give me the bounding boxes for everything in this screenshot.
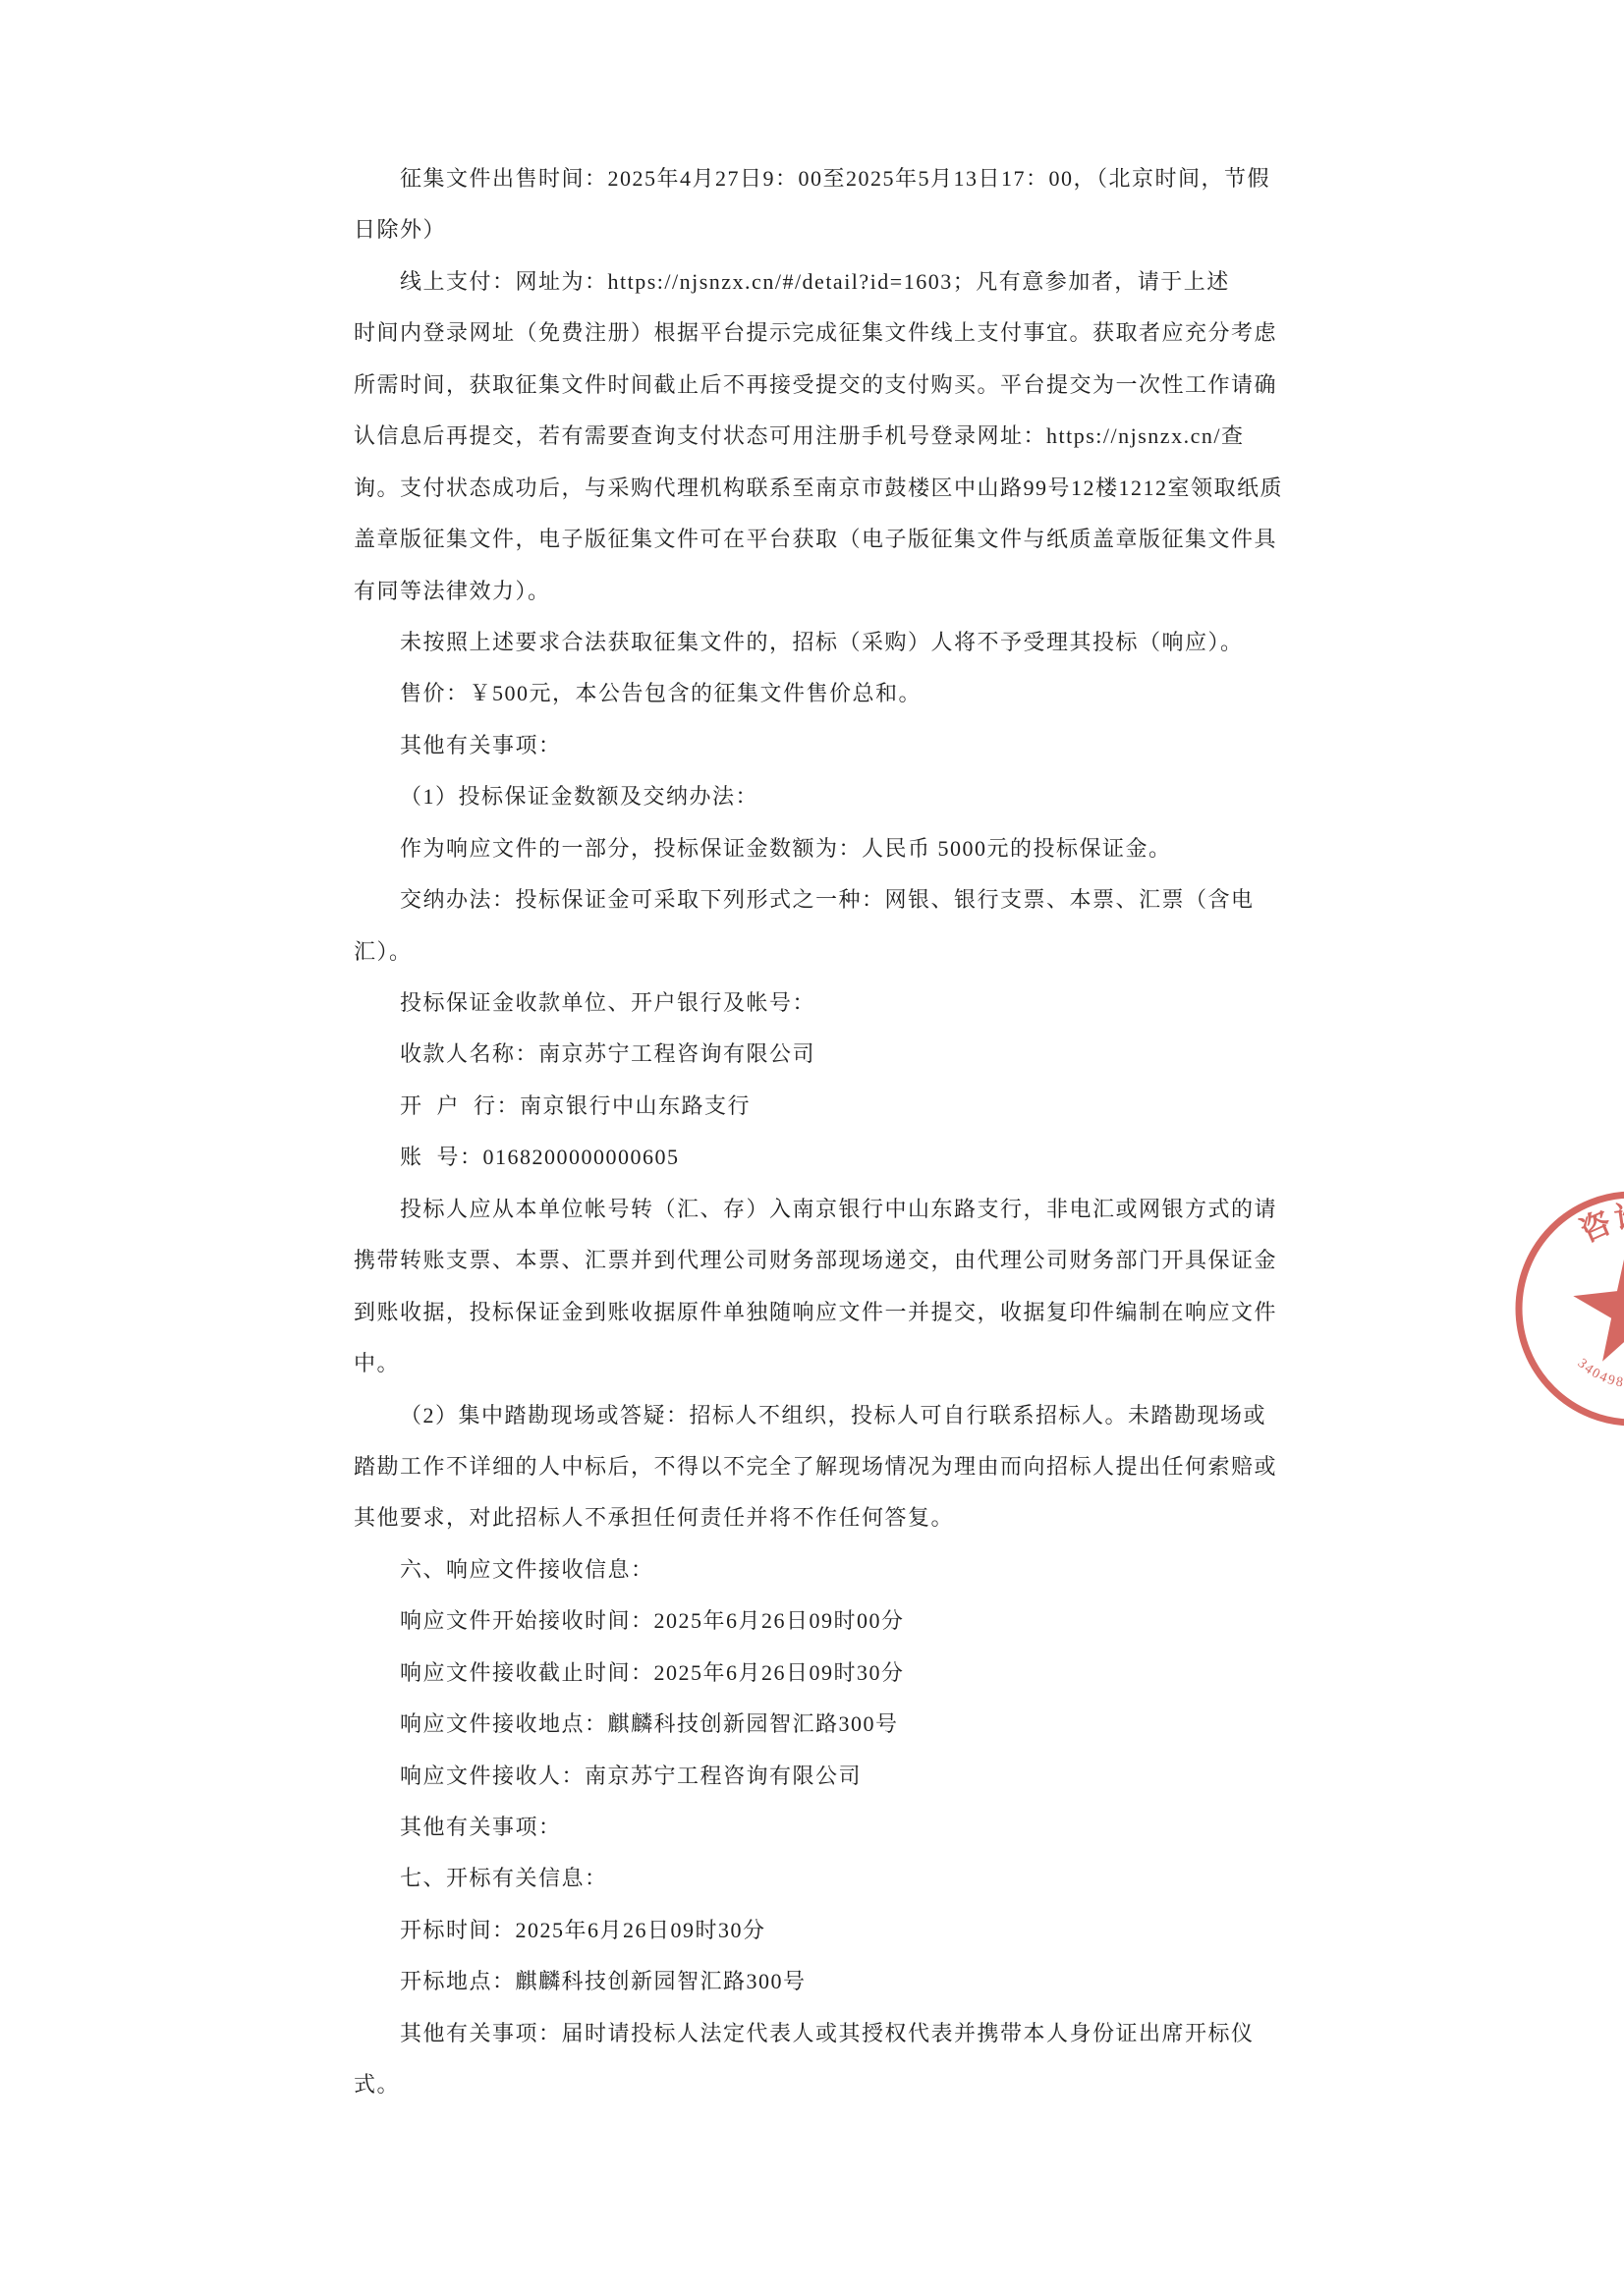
text-line: 汇）。 [354,926,1294,978]
text-line: 其他要求，对此招标人不承担任何责任并将不作任何答复。 [354,1492,1294,1543]
text-line: 到账收据，投标保证金到账收据原件单独随响应文件一并提交，收据复印件编制在响应文件 [354,1287,1294,1338]
text-line: 询。支付状态成功后，与采购代理机构联系至南京市鼓楼区中山路99号12楼1212室… [354,463,1294,514]
text-line: 线上支付：网址为：https://njsnzx.cn/#/detail?id=1… [354,256,1294,308]
text-line: （1）投标保证金数额及交纳办法： [354,771,1294,822]
text-line: 式。 [354,2059,1294,2110]
text-line: 售价：￥500元，本公告包含的征集文件售价总和。 [354,668,1294,719]
text-line: 作为响应文件的一部分，投标保证金数额为：人民币 5000元的投标保证金。 [354,823,1294,874]
seal-serial-number: 340498 [1575,1356,1624,1390]
company-seal-stamp: 咨 询 340498 [1467,1169,1624,1464]
text-line: （2）集中踏勘现场或答疑：招标人不组织，投标人可自行联系招标人。未踏勘现场或 [354,1390,1294,1441]
text-line: 中。 [354,1338,1294,1389]
seal-arc-character: 咨 [1575,1204,1617,1249]
seal-arc-character-partial: 询 [1612,1198,1624,1236]
text-line: 开标时间：2025年6月26日09时30分 [354,1905,1294,1956]
text-line: 未按照上述要求合法获取征集文件的，招标（采购）人将不予受理其投标（响应）。 [354,617,1294,668]
text-line: 其他有关事项： [354,720,1294,771]
text-line: 其他有关事项：届时请投标人法定代表人或其授权代表并携带本人身份证出席开标仪 [354,2008,1294,2059]
text-line: 收款人名称：南京苏宁工程咨询有限公司 [354,1029,1294,1080]
text-line: 盖章版征集文件，电子版征集文件可在平台获取（电子版征集文件与纸质盖章版征集文件具 [354,514,1294,565]
text-line: 日除外） [354,204,1294,255]
text-line: 踏勘工作不详细的人中标后，不得以不完全了解现场情况为理由而向招标人提出任何索赔或 [354,1441,1294,1492]
text-line: 响应文件接收地点：麒麟科技创新园智汇路300号 [354,1699,1294,1750]
text-line: 有同等法律效力）。 [354,566,1294,617]
text-line: 六、响应文件接收信息： [354,1544,1294,1595]
text-line: 投标保证金收款单位、开户银行及帐号： [354,978,1294,1029]
text-line: 七、开标有关信息： [354,1853,1294,1904]
text-line: 投标人应从本单位帐号转（汇、存）入南京银行中山东路支行，非电汇或网银方式的请 [354,1184,1294,1235]
seal-star-icon [1569,1242,1624,1364]
text-line: 开 户 行：南京银行中山东路支行 [354,1081,1294,1132]
text-line: 交纳办法：投标保证金可采取下列形式之一种：网银、银行支票、本票、汇票（含电 [354,874,1294,925]
text-line: 开标地点：麒麟科技创新园智汇路300号 [354,1956,1294,2007]
text-line: 携带转账支票、本票、汇票并到代理公司财务部现场递交，由代理公司财务部门开具保证金 [354,1235,1294,1286]
text-line: 所需时间，获取征集文件时间截止后不再接受提交的支付购买。平台提交为一次性工作请确 [354,360,1294,411]
text-line: 账 号：0168200000000605 [354,1132,1294,1183]
text-line: 响应文件接收人：南京苏宁工程咨询有限公司 [354,1751,1294,1802]
text-line: 响应文件接收截止时间：2025年6月26日09时30分 [354,1648,1294,1699]
document-text: 征集文件出售时间：2025年4月27日9：00至2025年5月13日17：00，… [354,153,1294,2111]
text-line: 时间内登录网址（免费注册）根据平台提示完成征集文件线上支付事宜。获取者应充分考虑 [354,308,1294,359]
document-page: 征集文件出售时间：2025年4月27日9：00至2025年5月13日17：00，… [0,0,1624,2295]
text-line: 响应文件开始接收时间：2025年6月26日09时00分 [354,1595,1294,1647]
text-line: 认信息后再提交，若有需要查询支付状态可用注册手机号登录网址：https://nj… [354,411,1294,462]
text-line: 征集文件出售时间：2025年4月27日9：00至2025年5月13日17：00，… [354,153,1294,204]
text-line: 其他有关事项： [354,1802,1294,1853]
